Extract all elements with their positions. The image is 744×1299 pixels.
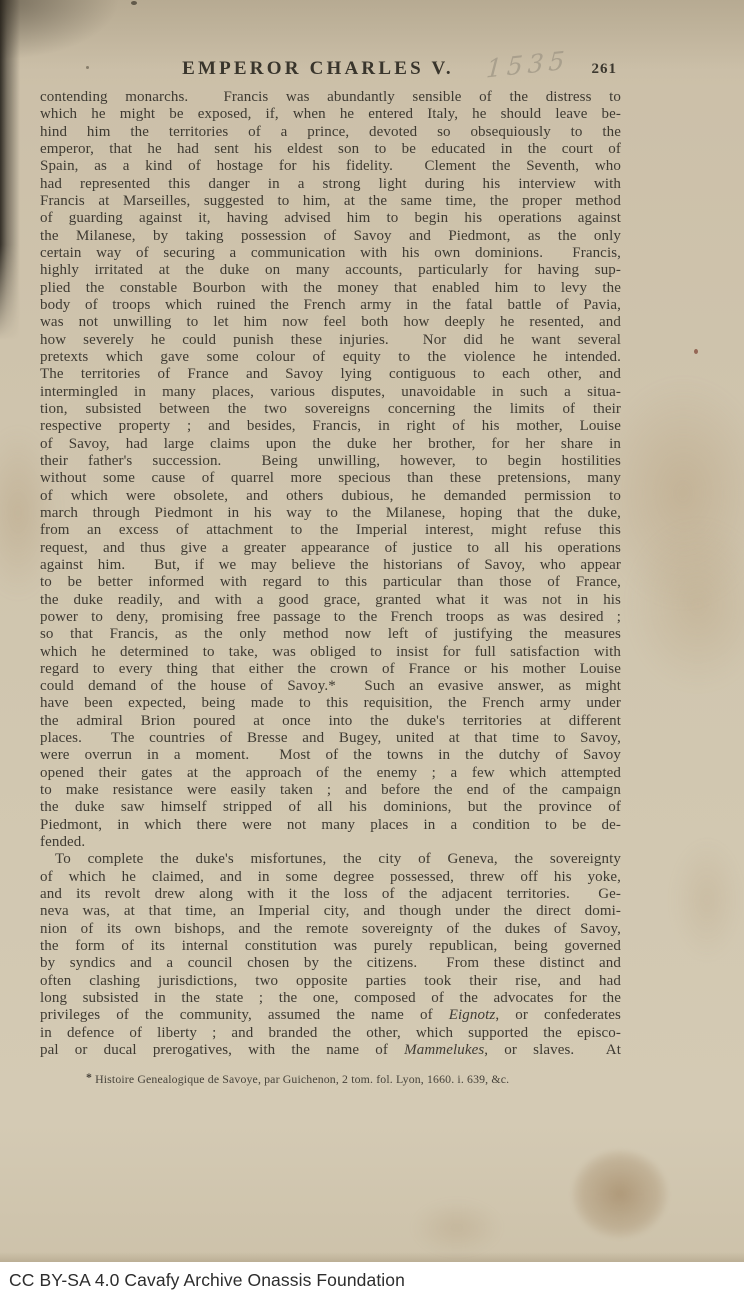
scan-corner-shadow	[0, 0, 120, 60]
paper-speck	[694, 349, 698, 354]
text-line: could demand of the house of Savoy.* Suc…	[40, 678, 621, 695]
text-line: nion of its own bishops, and the remote …	[40, 921, 621, 938]
footnote: *Histoire Genealogique de Savoye, par Gu…	[40, 1072, 621, 1087]
text-line: from an excess of attachment to the Impe…	[40, 522, 621, 539]
text-line: the form of its internal constitution wa…	[40, 938, 621, 955]
text-line: request, and thus give a greater appeara…	[40, 540, 621, 557]
text-line: highly irritated at the duke on many acc…	[40, 262, 621, 279]
text-line: to be better informed with regard to thi…	[40, 574, 621, 591]
text-line: march through Piedmont in his way to the…	[40, 505, 621, 522]
text-line: was not unwilling to let him now feel bo…	[40, 314, 621, 331]
text-line: contending monarchs. Francis was abundan…	[40, 89, 621, 106]
text-line: the Milanese, by taking possession of Sa…	[40, 228, 621, 245]
text-line: have been expected, being made to this r…	[40, 695, 621, 712]
text-line: pretexts which gave some colour of equit…	[40, 349, 621, 366]
scanned-book-page: EMPEROR CHARLES V. 1535 261 contending m…	[0, 0, 744, 1262]
text-line: power to deny, promising free passage to…	[40, 609, 621, 626]
text-line: Spain, as a kind of hostage for his fide…	[40, 158, 621, 175]
paper-stain	[572, 1150, 668, 1238]
text-line: neva was, at that time, an Imperial city…	[40, 903, 621, 920]
text-line: had represented this danger in a strong …	[40, 176, 621, 193]
text-line: body of troops which ruined the French a…	[40, 297, 621, 314]
text-line: To complete the duke's misfortunes, the …	[40, 851, 621, 868]
text-line: so that Francis, as the only method now …	[40, 626, 621, 643]
text-line: Francis at Marseilles, suggested to him,…	[40, 193, 621, 210]
text-line: the duke readily, and with a good grace,…	[40, 592, 621, 609]
text-line: which he determined to take, was obliged…	[40, 644, 621, 661]
text-line: plied the constable Bourbon with the mon…	[40, 280, 621, 297]
text-line: of Savoy, had large claims upon the duke…	[40, 436, 621, 453]
text-line: long subsisted in the state ; the one, c…	[40, 990, 621, 1007]
text-line: in defence of liberty ; and branded the …	[40, 1025, 621, 1042]
text-line: by syndics and a council chosen by the c…	[40, 955, 621, 972]
page-number: 261	[592, 61, 618, 78]
text-line: intermingled in many places, various dis…	[40, 384, 621, 401]
paper-stain	[672, 840, 742, 960]
license-text: CC BY-SA 4.0 Cavafy Archive Onassis Foun…	[0, 1270, 405, 1291]
paper-stain	[628, 520, 744, 690]
text-line: the duke saw himself stripped of all his…	[40, 799, 621, 816]
text-line: and its revolt drew along with it the lo…	[40, 886, 621, 903]
text-line: emperor, that he had sent his eldest son…	[40, 141, 621, 158]
text-line: of guarding against it, having advised h…	[40, 210, 621, 227]
footnote-text: Histoire Genealogique de Savoye, par Gui…	[95, 1072, 509, 1086]
body-text: contending monarchs. Francis was abundan…	[40, 89, 621, 1059]
text-line: of which were obsolete, and others dubio…	[40, 488, 621, 505]
text-line: against him. But, if we may believe the …	[40, 557, 621, 574]
text-line: Piedmont, in which there were not many p…	[40, 817, 621, 834]
text-line: regard to every thing that either the cr…	[40, 661, 621, 678]
page-header: EMPEROR CHARLES V. 1535 261	[40, 58, 621, 86]
text-line: the admiral Brion poured at once into th…	[40, 713, 621, 730]
text-line: often clashing jurisdictions, two opposi…	[40, 973, 621, 990]
text-line: privileges of the community, assumed the…	[40, 1007, 621, 1024]
text-line: without some cause of quarrel more speci…	[40, 470, 621, 487]
text-line: how severely he could punish these injur…	[40, 332, 621, 349]
text-line: their father's succession. Being unwilli…	[40, 453, 621, 470]
text-line: opened their gates at the approach of th…	[40, 765, 621, 782]
text-line: hind him the territories of a prince, de…	[40, 124, 621, 141]
text-line: which he might be exposed, if, when he e…	[40, 106, 621, 123]
text-line: certain way of securing a communication …	[40, 245, 621, 262]
text-line: of which he claimed, and in some degree …	[40, 869, 621, 886]
text-line: pal or ducal prerogatives, with the name…	[40, 1042, 621, 1059]
text-line: were overrun in a moment. Most of the to…	[40, 747, 621, 764]
text-line: to make resistance were easily taken ; a…	[40, 782, 621, 799]
text-line: places. The countries of Bresse and Buge…	[40, 730, 621, 747]
text-line: respective property ; and besides, Franc…	[40, 418, 621, 435]
paper-stain	[412, 1200, 502, 1255]
text-line: fended.	[40, 834, 621, 851]
license-bar: CC BY-SA 4.0 Cavafy Archive Onassis Foun…	[0, 1262, 744, 1299]
text-line: The territories of France and Savoy lyin…	[40, 366, 621, 383]
text-line: tion, subsisted between the two sovereig…	[40, 401, 621, 418]
footnote-marker: *	[86, 1070, 92, 1084]
